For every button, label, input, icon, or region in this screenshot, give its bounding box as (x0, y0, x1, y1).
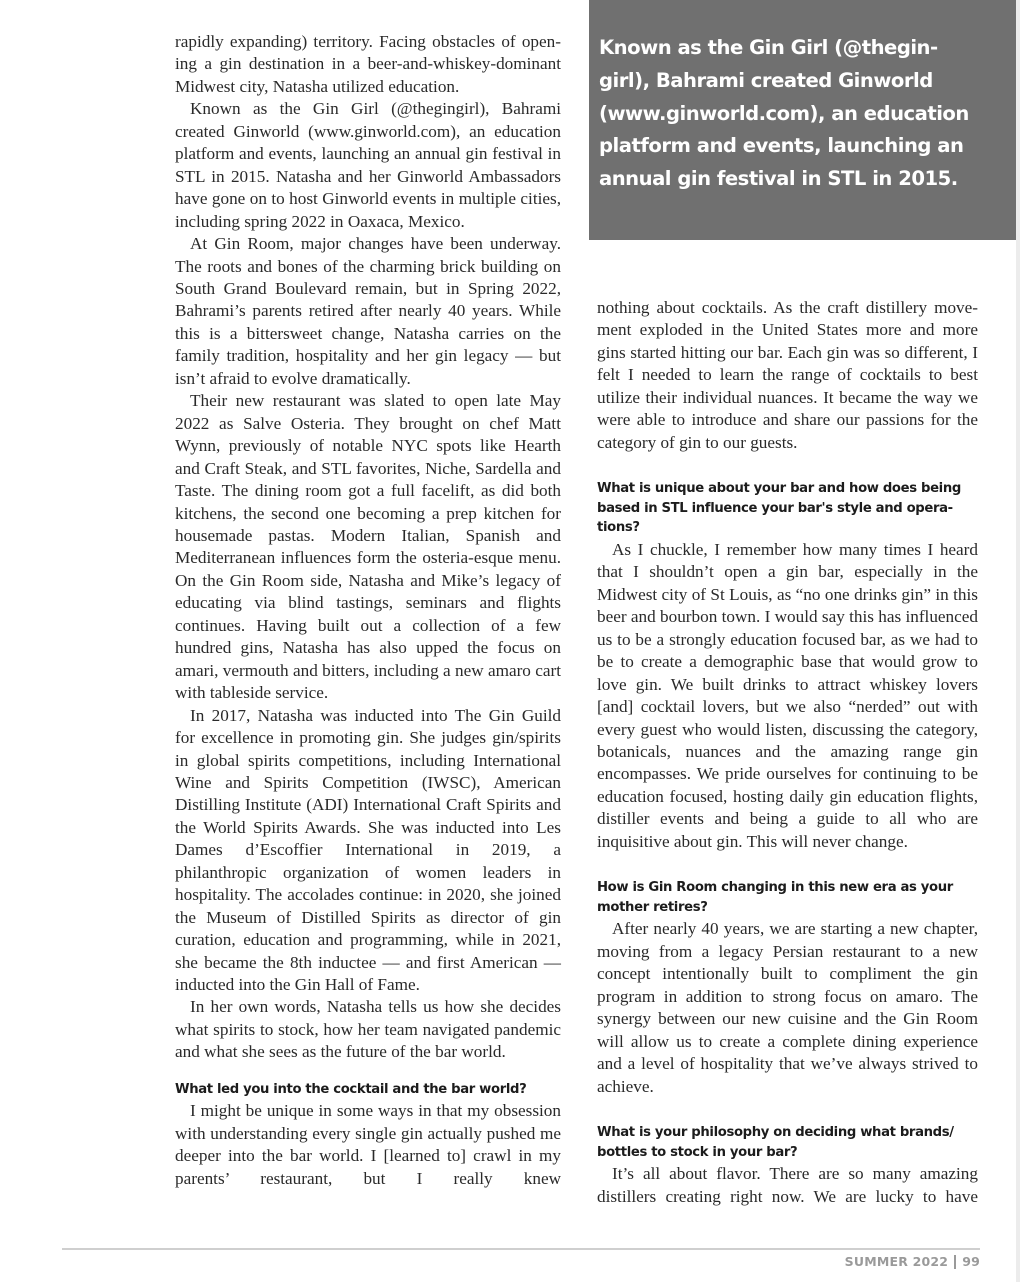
pull-quote-line: platform and events, launching an (599, 134, 963, 157)
body-paragraph: Their new restaurant was slated to open … (175, 390, 561, 704)
body-paragraph: rapidly expanding) territory. Facing obs… (175, 31, 561, 98)
page-edge (1016, 0, 1020, 1282)
right-column: nothing about cocktails. As the craft di… (597, 297, 978, 1208)
pull-quote-line: girl), Bahrami created Ginworld (599, 69, 933, 92)
interview-answer: I might be unique in some ways in that m… (175, 1100, 561, 1190)
left-column: rapidly expanding) territory. Facing obs… (175, 31, 561, 1190)
interview-answer: As I chuckle, I remember how many times … (597, 539, 978, 853)
interview-question: How is Gin Room changing in this new era… (597, 878, 978, 917)
body-paragraph: In her own words, Natasha tells us how s… (175, 996, 561, 1063)
page-footer: SUMMER 2022 99 (845, 1254, 980, 1269)
body-paragraph: Known as the Gin Girl (@thegingirl), Bah… (175, 98, 561, 233)
pull-quote-text: Known as the Gin Girl (@thegin- girl), B… (599, 32, 999, 196)
footer-divider (62, 1248, 980, 1250)
issue-label: SUMMER 2022 (845, 1254, 949, 1269)
pull-quote-line: (www.ginworld.com), an education (599, 102, 969, 125)
pull-quote-box: Known as the Gin Girl (@thegin- girl), B… (589, 0, 1016, 240)
interview-question: What is unique about your bar and how do… (597, 479, 978, 538)
pull-quote-line: annual gin festival in STL in 2015. (599, 167, 958, 190)
interview-answer: It’s all about flavor. There are so many… (597, 1163, 978, 1208)
interview-answer: nothing about cocktails. As the craft di… (597, 297, 978, 454)
interview-answer: After nearly 40 years, we are starting a… (597, 918, 978, 1098)
footer-separator (954, 1255, 956, 1269)
body-paragraph: In 2017, Natasha was inducted into The G… (175, 705, 561, 997)
page-number: 99 (962, 1254, 980, 1269)
pull-quote-line: Known as the Gin Girl (@thegin- (599, 36, 938, 59)
body-paragraph: At Gin Room, major changes have been und… (175, 233, 561, 390)
interview-question: What is your philosophy on deciding what… (597, 1123, 978, 1162)
interview-question: What led you into the cocktail and the b… (175, 1080, 561, 1100)
